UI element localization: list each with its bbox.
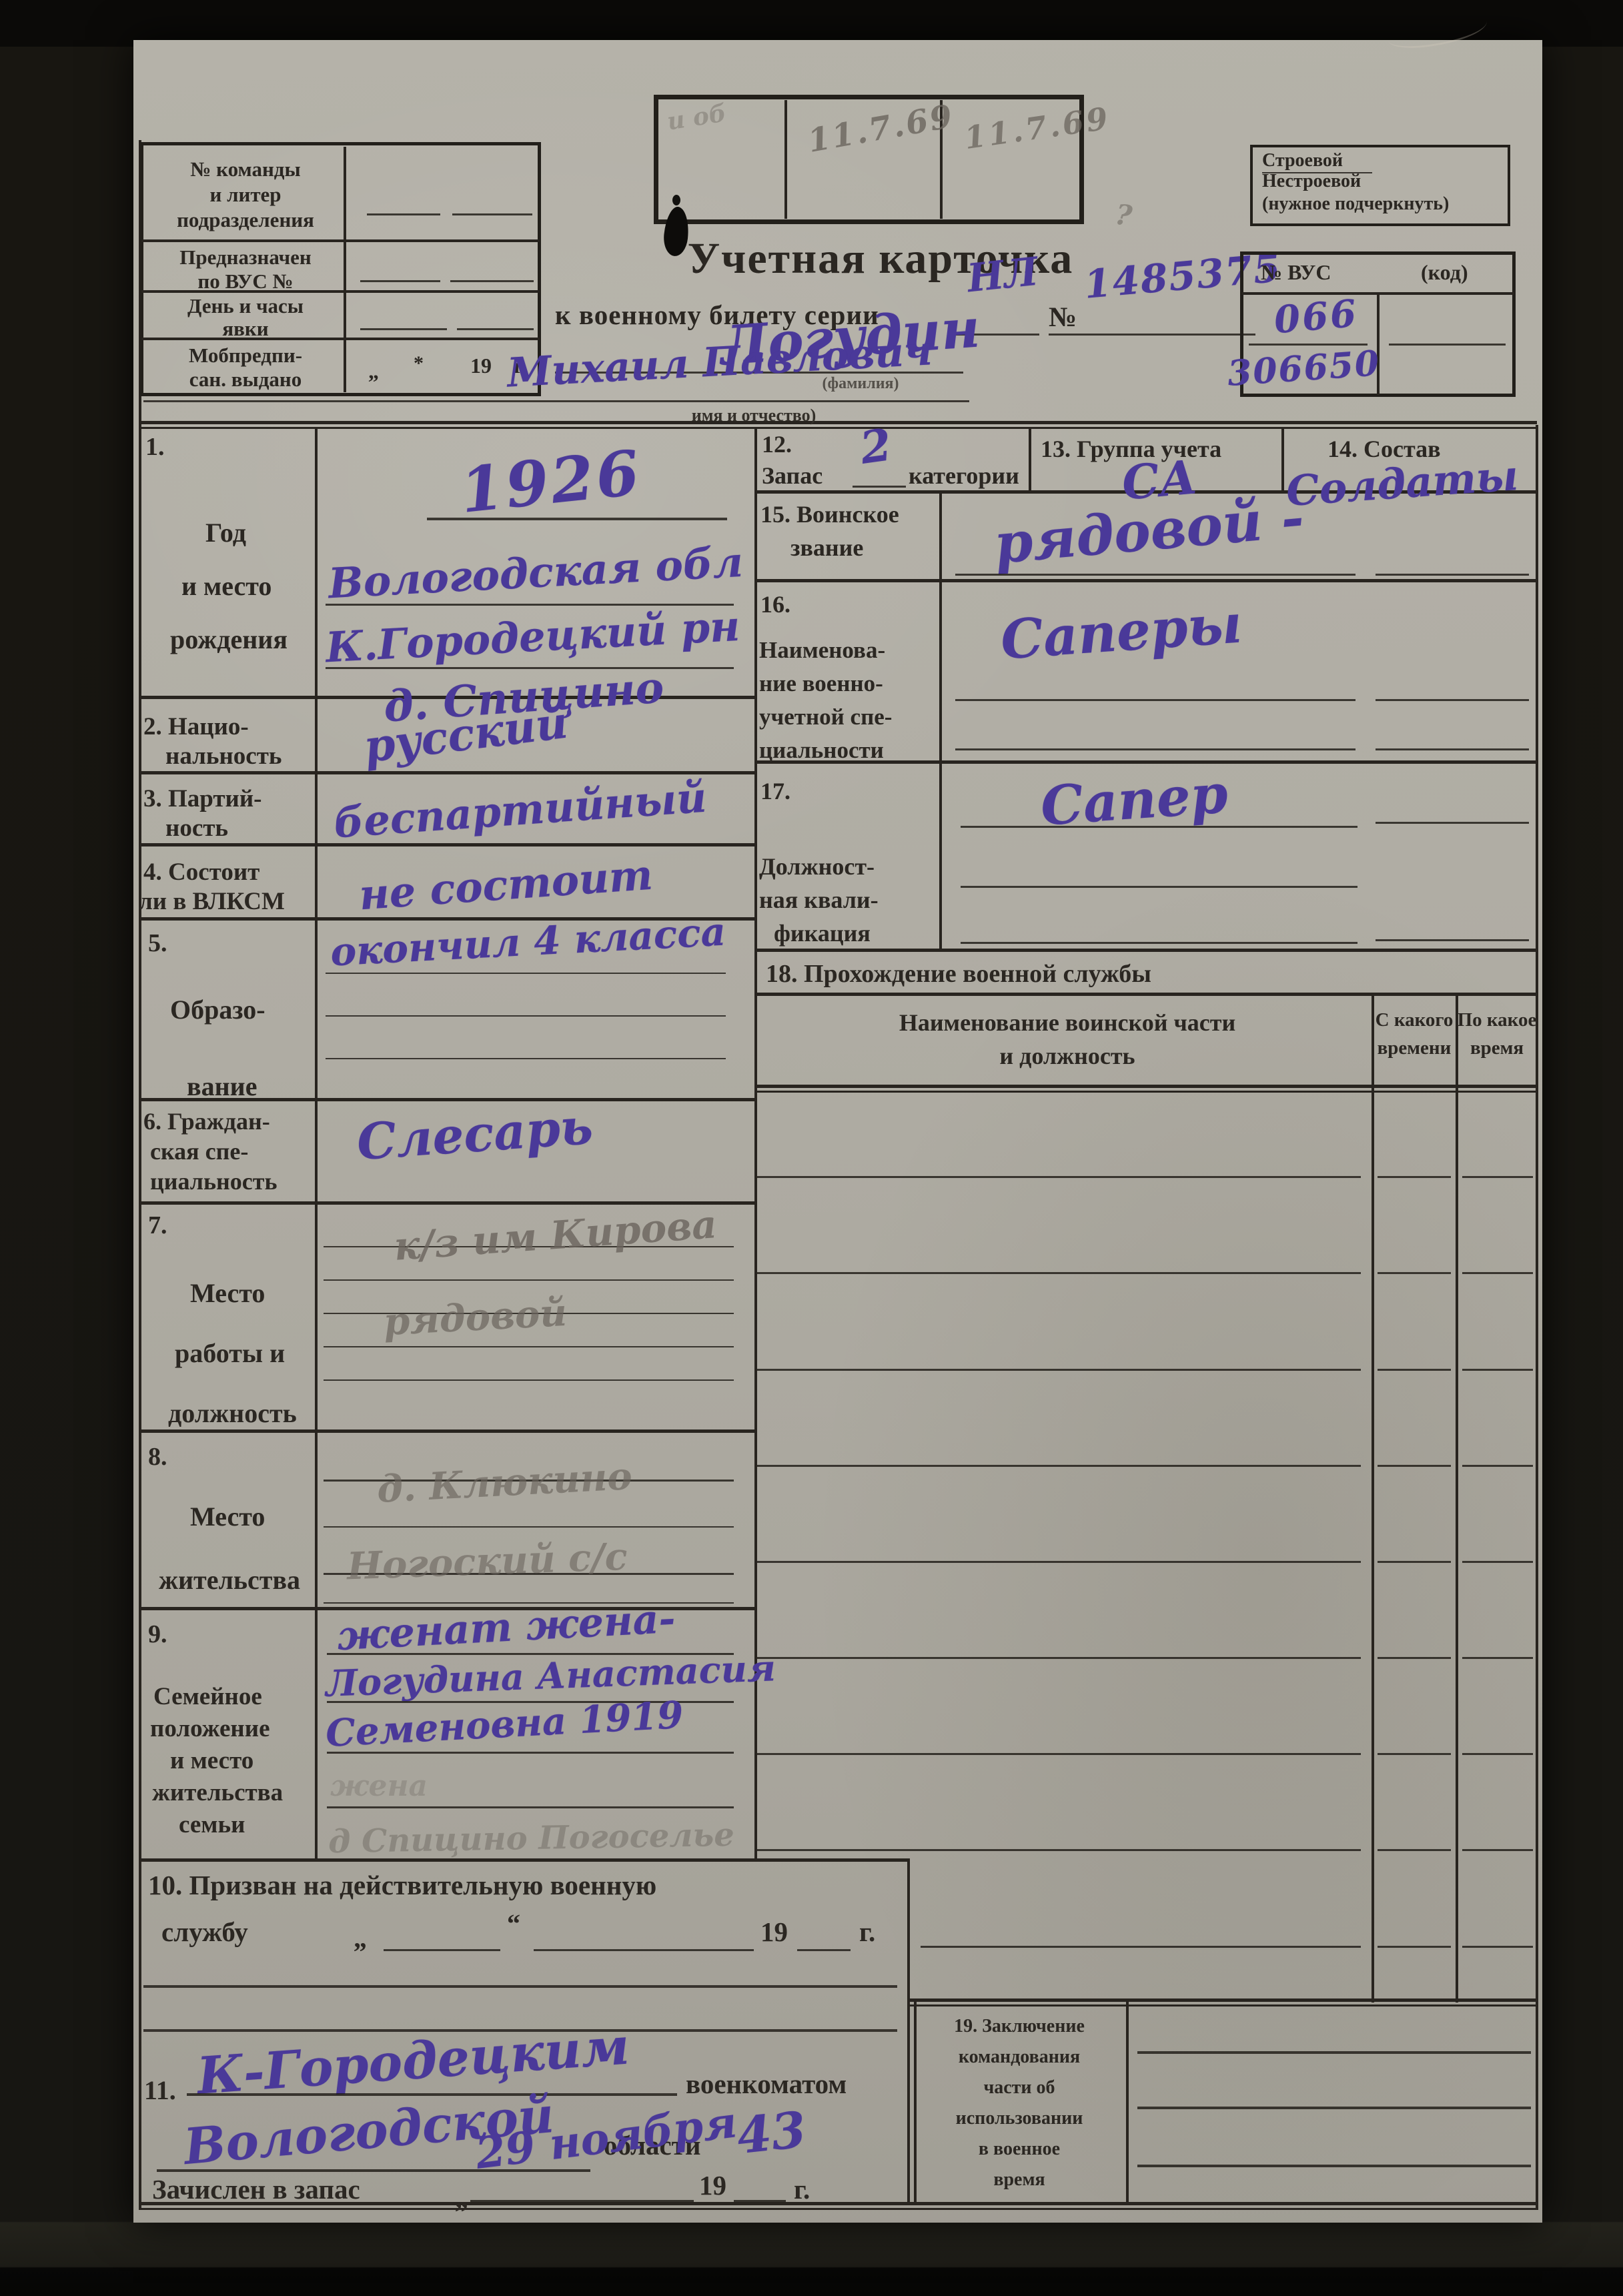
trow-1c [1462,1176,1533,1178]
s16-label-1: Наименова- [759,637,885,664]
trow-4a [757,1465,1361,1467]
s15-label-1: 15. Воинское [760,500,899,528]
team-label-line1: № команды [190,157,300,181]
bottom-band-divider [907,1858,910,2205]
field-team-number-label: № команды и литер подразделения [152,157,339,233]
rule-s9-bottom [139,1858,907,1862]
divider-13-14 [1281,429,1284,490]
rule-s7-bottom [139,1429,754,1433]
rule-s2-bottom [139,771,754,774]
s5-line-3 [326,1058,726,1059]
mobilization-rule-1 [141,239,540,242]
trow-6c [1462,1657,1533,1659]
s9-value-4: жена [330,1769,428,1803]
s1-label-3: рождения [170,624,288,655]
s19-right-divider [1126,2001,1129,2205]
s11-quote: „ [455,2183,468,2214]
s7-label-1: Место [190,1277,265,1309]
s11-num: 11. [144,2075,176,2106]
name-line [143,400,969,402]
s16-line-2 [955,748,1356,750]
s10-year: 19 [760,1916,788,1948]
team-value-line-b [452,213,532,215]
trow-9a [921,1946,1361,1948]
s9-label-4: жительства [152,1778,283,1807]
s18-col1-line1: Наименование воинской части [899,1009,1235,1036]
s9-label-1: Семейное [153,1682,262,1711]
registration-card-scan: № команды и литер подразделения Предназн… [133,40,1542,2223]
s17-num: 17. [760,777,790,805]
s7-num: 7. [148,1211,167,1240]
s1-num: 1. [145,432,165,462]
card-left-border [139,140,141,2210]
table-col-divider-2 [1456,995,1458,2002]
s10-quote-close: “ [507,1908,520,1939]
s9-label-3: и место [170,1746,253,1775]
s9-label-5: семьи [179,1810,245,1839]
s1-value-1: Вологодская обл [328,538,744,608]
trow-4c [1462,1465,1533,1467]
team-value-line-a [367,213,440,215]
trow-4b [1378,1465,1451,1467]
s18-col2-line1: С какого [1376,1009,1454,1031]
corner-scribble [1386,10,1490,52]
s11-label-3: Зачислен в запас [152,2173,360,2205]
page-title: Учетная карточка [647,233,1114,284]
trow-2a [757,1272,1361,1274]
trow-3a [757,1369,1361,1371]
s11-value-4: 43 [734,2101,808,2165]
s17-label-1: Должност- [759,852,875,881]
s4-value: не состоит [358,850,654,920]
s16-line-1 [955,699,1356,701]
number-underline [1049,334,1255,336]
s12-label-a: Запас [762,462,823,490]
vus-code-label2: (код) [1421,260,1468,285]
s4-label-1: 4. Состоит [143,858,259,887]
combat-note: (нужное подчеркнуть) [1262,193,1449,215]
s6-value: Слесарь [355,1098,594,1171]
trow-5a [757,1561,1361,1563]
trow-1a [757,1176,1361,1178]
name-caption: имя и отчество) [667,406,841,426]
vus-purpose-line2: по ВУС № [197,269,293,293]
s2-label-2: нальность [165,742,282,770]
trow-7b [1378,1753,1451,1755]
trow-9c [1462,1946,1533,1948]
s18-col2-header: С какого времени [1373,1006,1456,1062]
divider-12-13 [1029,429,1031,490]
rule-s6-bottom [139,1201,754,1205]
s18-title: 18. Прохождение военной службы [766,959,1151,989]
s10-line2-word: службу [161,1916,248,1948]
s17-line-1 [961,826,1358,828]
s6-label-3: циальность [150,1167,277,1195]
s7-value-1: к/з им Кирова [392,1201,718,1269]
combat-line: Строевой [1262,150,1343,171]
s8-label-1: Место [190,1501,265,1532]
trow-2c [1462,1272,1533,1274]
field-vus-purpose-label: Предназначен по ВУС № [152,245,339,294]
s12-num: 12. [762,430,792,458]
field-mob-order-label: Мобпредпи- сан. выдано [152,344,339,392]
s7-line-2 [324,1279,734,1281]
s4-label-2: ли в ВЛКСМ [139,887,285,916]
s5-label-2: вание [187,1071,257,1102]
s10-line1: 10. Призван на действительную военную [148,1869,656,1901]
s10-g: г. [859,1916,875,1948]
s15-value: рядовой - [992,486,1307,576]
mob-order-line2: сан. выдано [189,368,302,391]
s17-label-2: ная квали- [759,886,879,914]
s16-label-2: ние военно- [759,670,883,697]
s19-label: 19. Заключение командования части об исп… [915,2011,1123,2195]
s16-label-3: учетной спе- [759,704,892,730]
s17-line-3 [961,942,1358,944]
mobilization-box-divider [344,147,346,392]
vus-purpose-value-line2 [450,280,534,282]
card-right-border [1536,425,1538,2210]
s8-num: 8. [148,1442,167,1472]
s15-line-right [1376,574,1529,576]
s6-label-1: 6. Граждан- [143,1107,270,1135]
trow-5b [1378,1561,1451,1563]
trow-6b [1378,1657,1451,1659]
s16-num: 16. [760,590,790,618]
s15-label-2: звание [790,534,863,562]
table-header-rule [754,1085,1537,1093]
vus-cell-line2 [1389,344,1506,346]
s16-label-4: циальности [759,737,884,764]
s9-value-1: женат жена- [336,1596,677,1660]
s19-ruled-2 [1137,2107,1531,2109]
s9-value-5: д Спицино Погоселье [328,1816,735,1861]
s19-line1: 19. Заключение [954,2016,1085,2037]
s10-year-line [797,1949,851,1951]
trow-1b [1378,1176,1451,1178]
s16-line-1r [1376,699,1529,701]
number-sign: № [1049,302,1077,334]
field-day-hours-label: День и часы явки [152,295,339,340]
series-value: НЛ [965,249,1041,302]
s8-label-2: жительства [159,1564,300,1596]
vus-value: 066 [1272,292,1360,343]
s11-g: г. [794,2173,810,2205]
s10-day-line [384,1949,500,1951]
s10-blank-1 [143,1985,897,1988]
trow-5c [1462,1561,1533,1563]
s8-value-2: Ногоский с/с [346,1535,628,1589]
main-column-divider [754,429,757,1858]
s12-dash [853,486,906,488]
s2-label-1: 2. Нацио- [143,712,249,741]
s16-value: Саперы [999,592,1244,671]
trow-8c [1462,1849,1533,1851]
mob-order-star: * [414,352,424,375]
s3-label-2: ность [165,814,228,842]
vus-purpose-line1: Предназначен [179,245,311,269]
s1-year-value: 1926 [457,436,645,527]
day-hours-value-line [360,328,447,330]
s6-label-2: ская спе- [150,1137,248,1165]
s10-quote-open: „ [354,1922,367,1954]
vus-purpose-value-line [360,280,440,282]
table-bottom-rule [907,1998,1537,2006]
s19-line3: части об [983,2077,1055,2098]
s1-value-2: К.Городецкий рн [325,602,741,672]
s9-line-3 [327,1752,734,1754]
s8-value-1: д. Клюкино [376,1454,634,1512]
s5-num: 5. [148,929,167,958]
s10-month-line [534,1949,754,1951]
s19-line2: командования [959,2047,1080,2067]
s11-date-line [470,2200,694,2202]
mob-order-line1: Мобпредпи- [189,344,302,367]
title-question-mark: ? [1113,198,1134,233]
s19-ruled-3 [1137,2165,1531,2167]
s7-label-2: работы и [175,1337,285,1369]
right-label-divider [939,490,942,949]
trow-3b [1378,1369,1451,1371]
s19-line6: время [993,2169,1045,2190]
s7-line-4 [324,1346,734,1347]
s5-line-2 [326,1015,726,1017]
trow-6a [757,1657,1361,1659]
s3-label-1: 3. Партий- [143,784,262,813]
trow-7a [757,1753,1361,1755]
s18-col3-line2: время [1470,1037,1524,1059]
s17-line-3r [1376,939,1529,941]
s18-col1-header: Наименование воинской части и должность [774,1006,1361,1073]
mob-order-quote: „ [368,359,379,384]
s18-col3-header: По какое время [1457,1006,1537,1062]
day-hours-line1: День и часы [187,294,304,318]
team-label-line3: подразделения [177,208,314,231]
trow-8b [1378,1849,1451,1851]
s1-year-line [427,518,727,520]
s18-col2-line2: времени [1378,1037,1452,1059]
mob-order-year: 19 [470,354,492,378]
rule-r18-title-bottom [754,993,1537,996]
trow-8a [757,1849,1361,1851]
s19-ruled-1 [1137,2051,1531,2054]
stamp-divider-1 [784,100,787,219]
ink-blot-dot [672,195,680,205]
s7-value-2: рядовой [382,1291,568,1344]
team-label-line2: и литер [209,183,281,206]
s19-line5: в военное [979,2139,1060,2159]
s11-line-1 [187,2093,677,2096]
noncombat-line: Нестроевой [1262,171,1361,192]
day-hours-line2: явки [222,317,268,340]
rule-r15-bottom [754,579,1537,582]
s11-label-1: военкоматом [686,2068,847,2100]
s17-label-3: фикация [774,919,871,947]
table-col-divider-1 [1372,995,1374,2002]
s7-label-3: должность [168,1397,297,1429]
s9-label-2: положение [150,1714,270,1743]
s5-line-1 [326,973,726,974]
s12-label-b: категории [909,462,1019,490]
s5-label-1: Образо- [170,994,265,1025]
s3-value: беспартийный [332,773,708,848]
s9-line-4 [327,1806,734,1808]
s19-line4: использовании [956,2108,1083,2129]
s14-value: Солдаты [1285,451,1520,516]
s1-label-2: и место [181,570,272,602]
s1-label-1: Год [205,517,246,548]
vus-code-label: № ВУС [1261,260,1331,285]
s11-year: 19 [699,2169,726,2201]
day-hours-value-line2 [457,328,534,330]
s18-col1-line2: и должность [999,1043,1135,1069]
s15-line [955,574,1356,576]
rule-r17-bottom [754,949,1537,952]
s18-col3-line1: По какое [1458,1009,1537,1031]
trow-2b [1378,1272,1451,1274]
s16-line-2r [1376,748,1529,750]
s17-line-2 [961,886,1358,888]
trow-3c [1462,1369,1533,1371]
s11-year-line [734,2200,786,2202]
s7-line-5 [324,1379,734,1381]
s17-line-1r [1376,822,1529,824]
rule-s3-bottom [139,843,754,846]
s9-num: 9. [148,1620,167,1649]
trow-7c [1462,1753,1533,1755]
s8-line-2 [324,1526,734,1528]
trow-9b [1378,1946,1451,1948]
left-label-divider [315,429,318,1858]
s1-line-3 [326,667,734,669]
